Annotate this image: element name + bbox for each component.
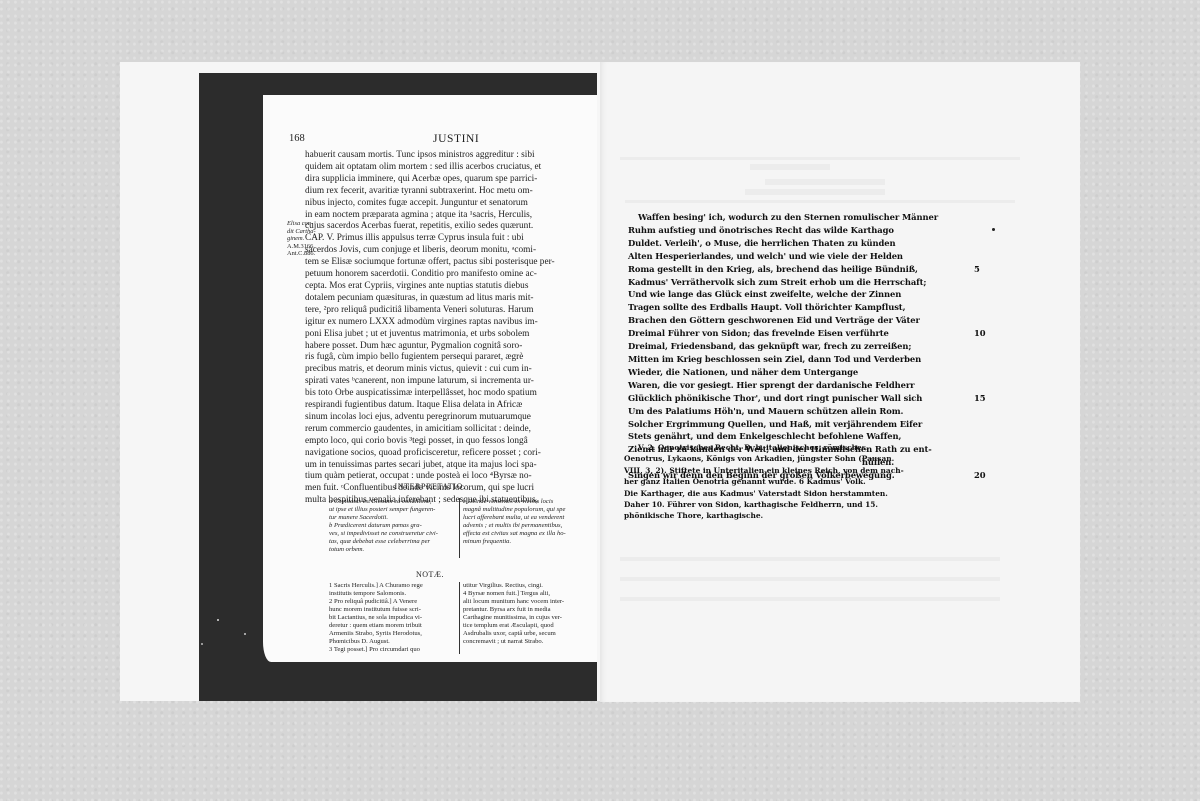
verse-text: Glücklich phönikische Thor', und dort ri… [628, 393, 922, 403]
verse-text: Waren, die vor gesiegt. Hier sprengt der… [628, 380, 915, 390]
verse-text: Duldet. Verleih', o Muse, die herrlichen… [628, 238, 895, 248]
footnote-line: VIII, 3, 2). Stiftete in Unteritalien ei… [624, 465, 1000, 476]
column-line: tas, quæ debebat esse celeberrima per [329, 538, 457, 546]
column-line: effecta est civitas sat magna ex illa ho… [463, 530, 591, 538]
column-line: Asdrubalis uxor, captâ urbe, secum [463, 630, 591, 638]
latin-body-text: habuerit causam mortis. Tunc ipsos minis… [263, 150, 567, 507]
verse-text: Roma gestellt in den Krieg, als, brechen… [628, 264, 918, 274]
verse-line: Kadmus' Verräthervolk sich zum Streit er… [628, 276, 1008, 289]
verse-text: Kadmus' Verräthervolk sich zum Streit er… [628, 277, 926, 287]
body-line: nibus injecto, comites fugæ accepit. Jun… [305, 198, 569, 210]
body-line: spirati vates ᵇcanerent, non impune latu… [305, 376, 569, 388]
footnote-line: Daher 10. Führer von Sidon, karthagische… [624, 499, 1000, 510]
running-head: 168 JUSTINI [263, 133, 597, 147]
show-through-ghost [625, 200, 1015, 203]
right-page: Waffen besing' ich, wodurch zu den Stern… [600, 62, 1080, 702]
left-page: 168 JUSTINI Elisa con- dit Cartha- ginem… [120, 62, 600, 701]
line-number: 15 [974, 392, 985, 405]
show-through-ghost [765, 179, 885, 185]
show-through-ghost [620, 157, 1020, 160]
scan-speck [217, 619, 219, 621]
column-line: a Comitatus est Elissam eâ conditione, [329, 498, 457, 506]
verse-text: Waffen besing' ich, wodurch zu den Stern… [638, 212, 938, 222]
verse-line: Waren, die vor gesiegt. Hier sprengt der… [628, 379, 1008, 392]
show-through-ghost [620, 597, 1000, 601]
verse-text: Um des Palatiums Höh'n, und Mauern schüt… [628, 406, 903, 416]
running-title: JUSTINI [433, 133, 479, 145]
body-line: navigatione socios, quoad proficisceretu… [305, 448, 569, 460]
verse-line: Wieder, die Nationen, und näher dem Unte… [628, 366, 1008, 379]
verse-line: Mitten im Krieg beschlossen sein Ziel, d… [628, 353, 1008, 366]
footnote-line: phönikische Thore, karthagische. [624, 510, 1000, 521]
photocopy-scan-border: 168 JUSTINI Elisa con- dit Cartha- ginem… [199, 73, 597, 701]
body-line: sinum incolas loci ejus, adventu peregri… [305, 412, 569, 424]
verse-line: Waffen besing' ich, wodurch zu den Stern… [628, 211, 1008, 224]
column-line: deretur : quem etiam morem tribuit [329, 622, 457, 630]
column-line: 3 Tegi posset.] Pro circumdari quo [329, 646, 457, 654]
open-book-spread: 168 JUSTINI Elisa con- dit Cartha- ginem… [120, 62, 1080, 702]
verse-line: Ruhm aufstieg und önotrisches Recht das … [628, 224, 1008, 237]
show-through-ghost [620, 557, 1000, 561]
verse-text: Alten Hesperierlandes, und welch' und wi… [628, 251, 903, 261]
body-line: bis toto Orbe auspicatissimæ interpellâs… [305, 388, 569, 400]
interpretatio-heading: INTERPRETATIO. [263, 482, 597, 491]
column-line: b Prædicerent daturum pœnas gra- [329, 522, 457, 530]
verse-text: Brachen den Göttern geschworenen Eid und… [628, 315, 920, 325]
footnote-line: V. 2. Oenotrisches Recht. D. h. italieni… [624, 442, 1000, 453]
verse-text: Stets genährt, und dem Enkelgeschlecht b… [628, 431, 901, 441]
notae-block: 1 Sacris Herculis.] A Churamo regeinstit… [329, 582, 591, 646]
body-line: quidem ait optatam olim mortem : sed ill… [305, 162, 569, 174]
scan-speck [201, 643, 203, 645]
column-line: Phœnicibus D. August. [329, 638, 457, 646]
interpretatio-block: a Comitatus est Elissam eâ conditione,ut… [329, 498, 591, 558]
line-number: 10 [974, 327, 985, 340]
body-line: in eam noctem præparata agmina ; atque i… [305, 210, 569, 222]
verse-line: Tragen sollte des Erdballs Haupt. Voll t… [628, 301, 1008, 314]
ink-speck [992, 228, 995, 231]
body-line: respirandi fugientibus datum. Itaque Eli… [305, 400, 569, 412]
notae-left-column: 1 Sacris Herculis.] A Churamo regeinstit… [329, 582, 457, 654]
line-number: 5 [974, 263, 980, 276]
column-line: lucri afferebant multa, ut ea venderent [463, 514, 591, 522]
column-line: utitur Virgilius. Rectius, cingi. [463, 582, 591, 590]
column-line: tice templum erat Æsculapii, quod [463, 622, 591, 630]
column-line: pretantur. Byrsa arx fuit in media [463, 606, 591, 614]
body-line: sacerdos Jovis, cum conjuge et liberis, … [305, 245, 569, 257]
body-line: ris fugâ, cùm impio bello fugientem pers… [305, 352, 569, 364]
column-line: ves, si impedivisset ne construeretur ci… [329, 530, 457, 538]
body-line: dira supplicia imminere, qui Acerbæ opes… [305, 174, 569, 186]
footnote-line: Die Karthager, die aus Kadmus' Vaterstad… [624, 488, 1000, 499]
body-line: habere posset. Dum hæc aguntur, Pygmalio… [305, 341, 569, 353]
column-line: 1 Sacris Herculis.] A Churamo rege [329, 582, 457, 590]
body-line: dium rex fecerit, avaritiæ tyranni subtr… [305, 186, 569, 198]
body-line: dotalem pecuniam quæsituras, in quæstum … [305, 293, 569, 305]
verse-line: Roma gestellt in den Krieg, als, brechen… [628, 263, 1008, 276]
column-line: Carthagine munitissima, in cujus ver- [463, 614, 591, 622]
interpretatio-right-column: c Deinde venientes ex vicinis locismagnâ… [463, 498, 591, 546]
body-line: habuerit causam mortis. Tunc ipsos minis… [305, 150, 569, 162]
footnote-line: Oenotrus, Lykaons, Königs von Arkadien, … [624, 453, 1000, 464]
body-line: igitur ex numero LXXX admodùm virgines r… [305, 317, 569, 329]
body-line: empto loco, qui corio bovis ³tegi posset… [305, 436, 569, 448]
verse-line: Dreimal, Friedensband, das geknüpft war,… [628, 340, 1008, 353]
body-line: precibus matris, et deorum minis victus,… [305, 364, 569, 376]
verse-line: Alten Hesperierlandes, und welch' und wi… [628, 250, 1008, 263]
verse-text: Mitten im Krieg beschlossen sein Ziel, d… [628, 354, 921, 364]
verse-line: Duldet. Verleih', o Muse, die herrlichen… [628, 237, 1008, 250]
column-line: tur munere Sacerdotii. [329, 514, 457, 522]
verse-line: Um des Palatiums Höh'n, und Mauern schüt… [628, 405, 1008, 418]
body-line: cepta. Mos erat Cypriis, virgines ante n… [305, 281, 569, 293]
body-line: um in tenuissimas partes secari jubet, a… [305, 460, 569, 472]
column-line: alii locum munitum hanc vocem inter- [463, 598, 591, 606]
verse-text: Solcher Ergrimmung Quellen, und Haß, mit… [628, 419, 922, 429]
show-through-ghost [750, 164, 830, 170]
scanned-book-page: 168 JUSTINI Elisa con- dit Cartha- ginem… [263, 95, 597, 662]
scan-speck [244, 633, 246, 635]
verse-text: Dreimal, Friedensband, das geknüpft war,… [628, 341, 911, 351]
body-line: rerum commercio gaudentes, in amicitiam … [305, 424, 569, 436]
column-line: 4 Byrsæ nomen fuit.] Tergus alii, [463, 590, 591, 598]
show-through-ghost [620, 577, 1000, 581]
column-line: totum orbem. [329, 546, 457, 554]
verse-line: Solcher Ergrimmung Quellen, und Haß, mit… [628, 418, 1008, 431]
show-through-ghost [745, 189, 885, 195]
body-line: cujus sacerdos Acerbas fuerat, repetitis… [305, 221, 569, 233]
verse-line: Und wie lange das Glück einst zweifelte,… [628, 288, 1008, 301]
column-line: 2 Pro reliquâ pudicitiâ.] A Venere [329, 598, 457, 606]
column-line: hunc morem institutum fuisse scri- [329, 606, 457, 614]
notae-right-column: utitur Virgilius. Rectius, cingi. 4 Byrs… [463, 582, 591, 646]
column-line: minum frequentia. [463, 538, 591, 546]
notae-heading: NOTÆ. [263, 570, 597, 579]
page-number: 168 [289, 133, 305, 144]
column-line: c Deinde venientes ex vicinis locis [463, 498, 591, 506]
verse-text: Ruhm aufstieg und önotrisches Recht das … [628, 225, 894, 235]
verse-text: Dreimal Führer von Sidon; das frevelnde … [628, 328, 889, 338]
body-line: CAP. V. Primus illis appulsus terræ Cypr… [305, 233, 569, 245]
column-line: magnâ multitudine populorum, qui spe [463, 506, 591, 514]
column-line: Armeniis Strabo, Syriis Herodotus, [329, 630, 457, 638]
column-line: institutis tempore Salomonis. [329, 590, 457, 598]
verse-line: Dreimal Führer von Sidon; das frevelnde … [628, 327, 1008, 340]
column-rule [459, 582, 460, 654]
column-rule [459, 498, 460, 558]
interpretatio-left-column: a Comitatus est Elissam eâ conditione,ut… [329, 498, 457, 554]
column-line: advenis ; et multis ibi permanentibus, [463, 522, 591, 530]
verse-line: Brachen den Göttern geschworenen Eid und… [628, 314, 1008, 327]
column-line: bit Lactantius, ne sola impudica vi- [329, 614, 457, 622]
footnote-line: her ganz Italien Oenotria genannt wurde.… [624, 476, 1000, 487]
body-line: tem se Elisæ sociumque fortunæ offert, p… [305, 257, 569, 269]
column-line: concremavit ; ut narrat Strabo. [463, 638, 591, 646]
body-line: poni Elisa jubet ; ut et juventus matrim… [305, 329, 569, 341]
body-line: tere, ²pro reliquâ pudicitiâ libamenta V… [305, 305, 569, 317]
german-footnotes: V. 2. Oenotrisches Recht. D. h. italieni… [624, 442, 1000, 522]
column-line: ut ipse et illius posteri semper fungere… [329, 506, 457, 514]
verse-text: Wieder, die Nationen, und näher dem Unte… [628, 367, 858, 377]
verse-text: Tragen sollte des Erdballs Haupt. Voll t… [628, 302, 905, 312]
body-line: petuum honorem sacerdotii. Conditio pro … [305, 269, 569, 281]
verse-line: Glücklich phönikische Thor', und dort ri… [628, 392, 1008, 405]
verse-text: Und wie lange das Glück einst zweifelte,… [628, 289, 901, 299]
